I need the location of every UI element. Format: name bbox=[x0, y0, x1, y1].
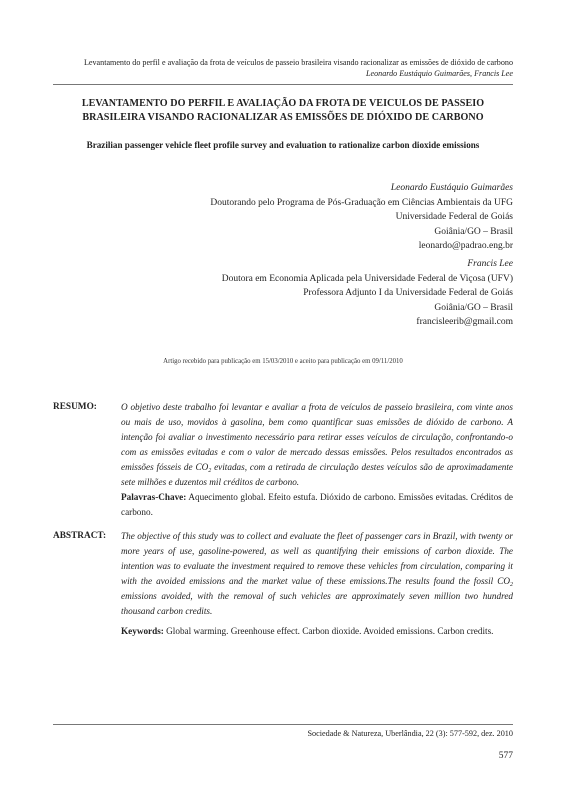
author-email[interactable]: leonardo@padrao.eng.br bbox=[210, 239, 513, 254]
footer-divider bbox=[53, 724, 513, 725]
running-head-title: Levantamento do perfil e avaliação da fr… bbox=[53, 57, 513, 68]
document-page: Levantamento do perfil e avaliação da fr… bbox=[0, 0, 566, 800]
received-note: Artigo recebido para publicação em 15/03… bbox=[53, 357, 513, 367]
english-title: Brazilian passenger vehicle fleet profil… bbox=[40, 139, 526, 151]
keywords-label: Keywords: bbox=[121, 626, 164, 636]
resumo-keywords: Palavras-Chave: Aquecimento global. Efei… bbox=[121, 490, 513, 520]
article-title-line-1: LEVANTAMENTO DO PERFIL E AVALIAÇÃO DA FR… bbox=[40, 97, 526, 111]
author-email[interactable]: francisleerib@gmail.com bbox=[222, 315, 513, 330]
author-affiliation: Doutora em Economia Aplicada pela Univer… bbox=[222, 272, 513, 287]
author-affiliation: Universidade Federal de Goiás bbox=[210, 210, 513, 225]
keywords-text: Global warming. Greenhouse effect. Carbo… bbox=[164, 626, 494, 636]
abstract-text-part: The objective of this study was to colle… bbox=[121, 531, 513, 586]
abstract-text: The objective of this study was to colle… bbox=[121, 529, 513, 619]
abstract-keywords: Keywords: Global warming. Greenhouse eff… bbox=[121, 624, 513, 639]
co2-subscript: 2 bbox=[510, 582, 513, 588]
running-head: Levantamento do perfil e avaliação da fr… bbox=[53, 57, 513, 79]
author-block-1: Leonardo Eustáquio Guimarães Doutorando … bbox=[210, 181, 513, 254]
header-divider bbox=[53, 84, 513, 85]
author-affiliation: Doutorando pelo Programa de Pós-Graduaçã… bbox=[210, 196, 513, 211]
author-affiliation: Professora Adjunto I da Universidade Fed… bbox=[222, 286, 513, 301]
keywords-label: Palavras-Chave: bbox=[121, 492, 186, 502]
page-number: 577 bbox=[53, 750, 513, 762]
journal-citation: Sociedade & Natureza, Uberlândia, 22 (3)… bbox=[53, 728, 513, 739]
abstract-text-part: emissions avoided, with the removal of s… bbox=[121, 591, 513, 616]
resumo-label: RESUMO: bbox=[53, 400, 97, 415]
author-affiliation: Goiânia/GO – Brasil bbox=[222, 301, 513, 316]
abstract-label: ABSTRACT: bbox=[53, 529, 106, 544]
resumo-text: O objetivo deste trabalho foi levantar e… bbox=[121, 400, 513, 490]
article-title-line-2: BRASILEIRA VISANDO RACIONALIZAR AS EMISS… bbox=[40, 111, 526, 125]
author-name: Leonardo Eustáquio Guimarães bbox=[210, 181, 513, 196]
author-name: Francis Lee bbox=[222, 257, 513, 272]
running-head-authors: Leonardo Eustáquio Guimarães, Francis Le… bbox=[53, 68, 513, 79]
author-affiliation: Goiânia/GO – Brasil bbox=[210, 225, 513, 240]
author-block-2: Francis Lee Doutora em Economia Aplicada… bbox=[222, 257, 513, 330]
article-title: LEVANTAMENTO DO PERFIL E AVALIAÇÃO DA FR… bbox=[40, 97, 526, 125]
